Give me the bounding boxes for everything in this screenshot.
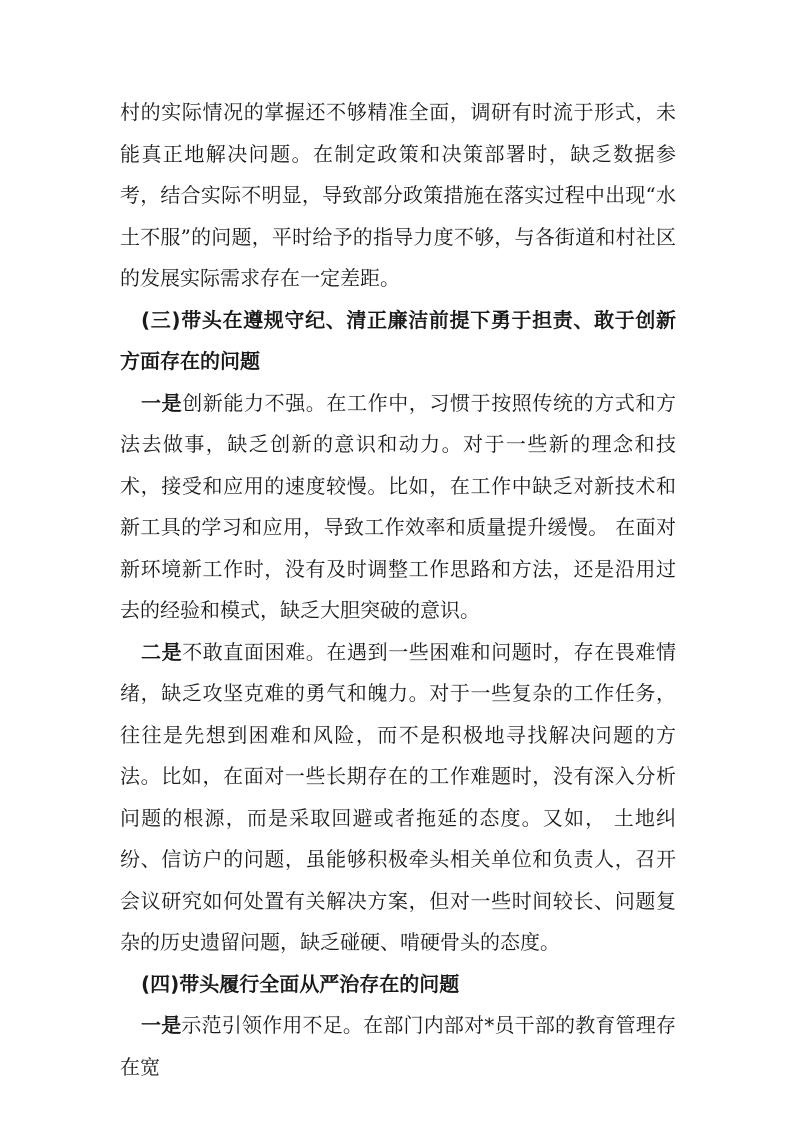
item-body: 不敢直面困难。在遇到一些困难和问题时，存在畏难情绪，缺乏攻坚克难的勇气和魄力。对… — [120, 640, 676, 955]
item-paragraph-leadership: 一是示范引领作用不足。在部门内部对*员干部的教育管理存在宽 — [120, 1005, 676, 1088]
item-body: 创新能力不强。在工作中，习惯于按照传统的方式和方法去做事，缺乏创新的意识和动力。… — [120, 391, 676, 623]
item-lead: 一是 — [141, 391, 182, 415]
item-body: 示范引领作用不足。在部门内部对*员干部的教育管理存在宽 — [120, 1013, 676, 1079]
continuation-paragraph: 村的实际情况的掌握还不够精准全面，调研有时流于形式，未能真正地解决问题。在制定政… — [120, 92, 676, 300]
item-lead: 一是 — [141, 1013, 181, 1037]
section-heading-3: (三)带头在遵规守纪、清正廉洁前提下勇于担责、敢于创新方面存在的问题 — [120, 300, 676, 383]
item-lead: 二是 — [141, 640, 182, 664]
section-heading-4: (四)带头履行全面从严治存在的问题 — [120, 964, 676, 1006]
item-paragraph-difficulty: 二是不敢直面困难。在遇到一些困难和问题时，存在畏难情绪，缺乏攻坚克难的勇气和魄力… — [120, 632, 676, 964]
item-paragraph-innovation: 一是创新能力不强。在工作中，习惯于按照传统的方式和方法去做事，缺乏创新的意识和动… — [120, 383, 676, 632]
document-page: 村的实际情况的掌握还不够精准全面，调研有时流于形式，未能真正地解决问题。在制定政… — [120, 92, 676, 1088]
